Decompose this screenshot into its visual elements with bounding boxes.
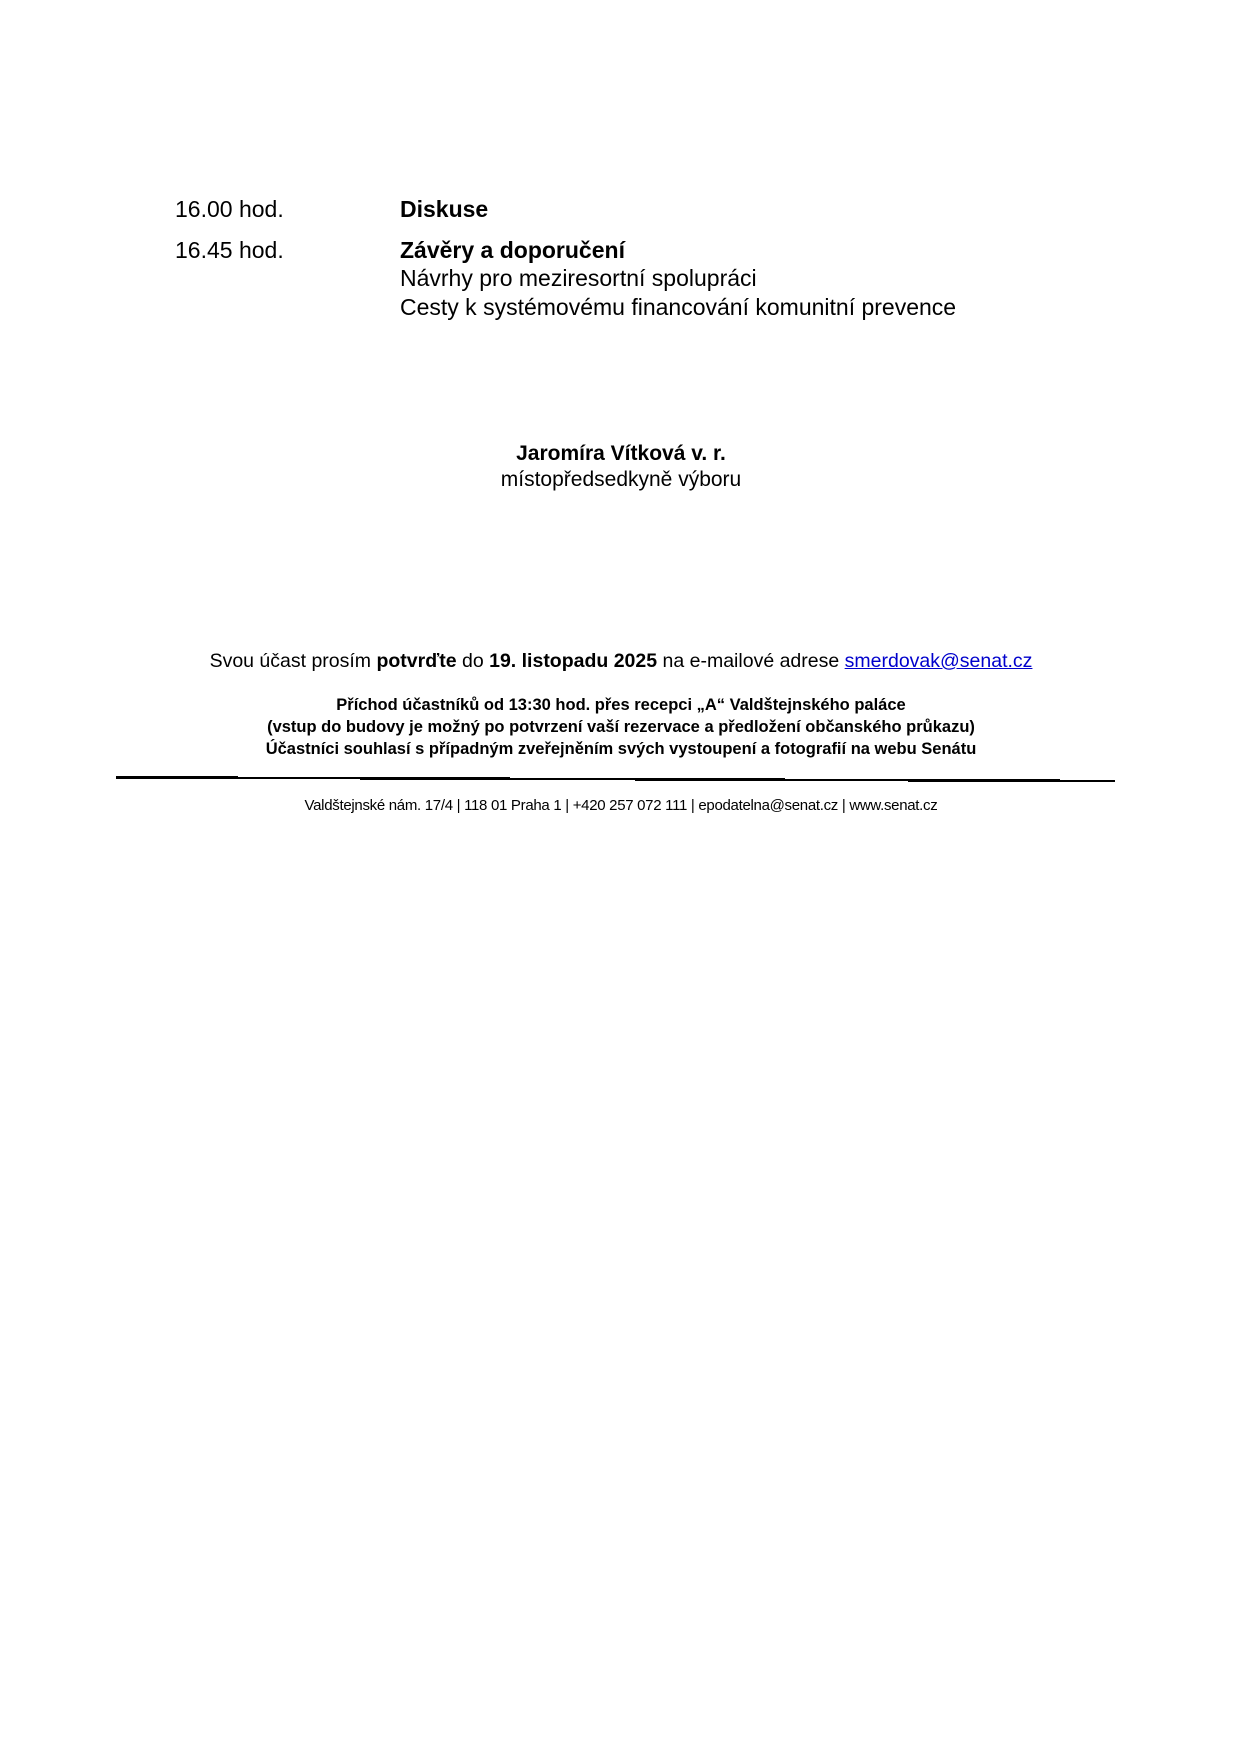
- signatory-role: místopředsedkyně výboru: [0, 468, 1242, 492]
- rsvp-prefix: Svou účast prosím: [210, 650, 377, 672]
- rsvp-mid1: do: [457, 650, 490, 672]
- footer-address: Valdštejnské nám. 17/4 | 118 01 Praha 1 …: [0, 797, 1242, 814]
- agenda-title-2: Závěry a doporučení: [400, 237, 625, 264]
- agenda-time-2: 16.45 hod.: [175, 237, 284, 264]
- note-consent: Účastníci souhlasí s případným zveřejněn…: [0, 740, 1242, 759]
- note-arrival: Příchod účastníků od 13:30 hod. přes rec…: [0, 696, 1242, 715]
- agenda-detail-2-1: Návrhy pro meziresortní spolupráci: [400, 265, 757, 292]
- rsvp-confirm: potvrďte: [376, 650, 456, 672]
- rsvp-line: Svou účast prosím potvrďte do 19. listop…: [0, 650, 1242, 673]
- signatory-name: Jaromíra Vítková v. r.: [0, 442, 1242, 466]
- rsvp-mid2: na e-mailové adrese: [657, 650, 845, 672]
- rsvp-deadline: 19. listopadu 2025: [489, 650, 657, 672]
- rsvp-email-link[interactable]: smerdovak@senat.cz: [845, 650, 1033, 672]
- agenda-title-1: Diskuse: [400, 196, 488, 223]
- agenda-time-1: 16.00 hod.: [175, 196, 284, 223]
- agenda-detail-2-2: Cesty k systémovému financování komunitn…: [400, 294, 956, 321]
- note-entry: (vstup do budovy je možný po potvrzení v…: [0, 718, 1242, 737]
